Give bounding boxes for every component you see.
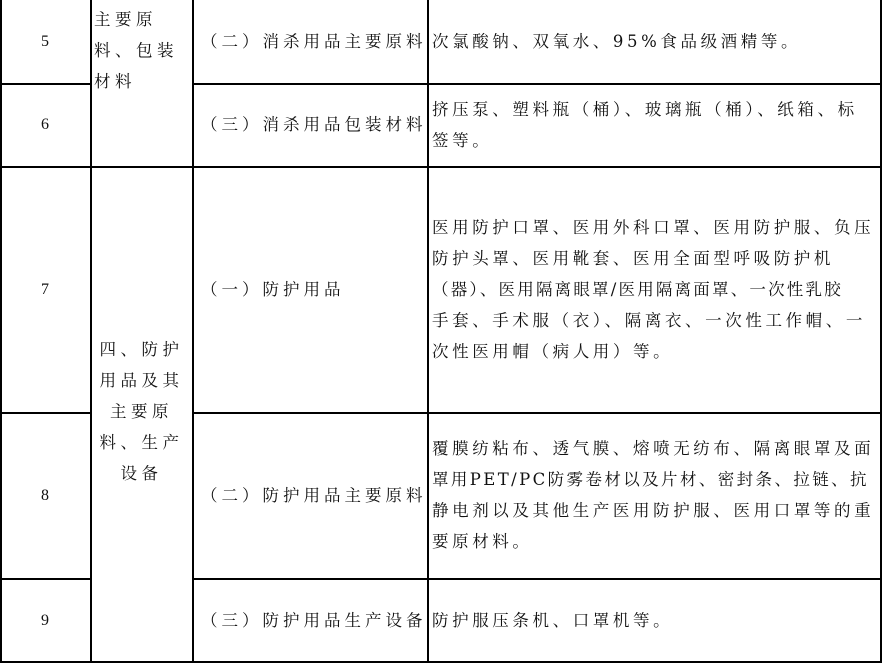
row-number: 7: [0, 166, 90, 412]
subcategory-cell: （三）防护用品生产设备: [192, 578, 427, 662]
description-line: 次性医用帽（病人用）等。: [432, 336, 874, 367]
row-number: 9: [0, 578, 90, 662]
description-cell: 覆膜纺粘布、透气膜、熔喷无纺布、隔离眼罩及面 罩用PET/PC防雾卷材以及片材、…: [427, 412, 881, 578]
description-line: 罩用PET/PC防雾卷材以及片材、密封条、拉链、抗: [432, 464, 874, 495]
category-line: 料、包装: [94, 35, 178, 66]
description-cell: 防护服压条机、口罩机等。: [427, 578, 881, 662]
description-line: 次氯酸钠、双氧水、95%食品级酒精等。: [432, 26, 801, 57]
row-number-text: 5: [41, 26, 49, 57]
row-number: 6: [0, 83, 90, 166]
description-cell: 次氯酸钠、双氧水、95%食品级酒精等。: [427, 0, 881, 83]
row-number-text: 9: [41, 605, 49, 636]
row-number-text: 7: [41, 274, 49, 305]
subcategory-cell: （二）消杀用品主要原料: [192, 0, 427, 83]
category-line: 主要原: [94, 4, 178, 35]
row-number-text: 6: [41, 109, 49, 140]
category-cell-materials-packaging: 主要原 料、包装 材料: [91, 0, 192, 166]
subcategory-text: （三）防护用品生产设备: [201, 605, 427, 636]
description-line: 挤压泵、塑料瓶（桶）、玻璃瓶（桶）、纸箱、标: [432, 94, 858, 125]
row-number-text: 8: [41, 480, 49, 511]
category-line: 主要原: [100, 396, 184, 427]
product-list-table: 5 （二）消杀用品主要原料 次氯酸钠、双氧水、95%食品级酒精等。 6 （三）消…: [0, 0, 882, 663]
description-line: 静电剂以及其他生产医用防护服、医用口罩等的重: [432, 495, 874, 526]
subcategory-text: （二）消杀用品主要原料: [201, 26, 427, 57]
description-line: 防护服压条机、口罩机等。: [432, 605, 673, 636]
description-line: 要原材料。: [432, 526, 874, 557]
description-line: （器）、医用隔离眼罩/医用隔离面罩、一次性乳胶: [432, 274, 874, 305]
category-line: 四、防护: [100, 334, 184, 365]
subcategory-cell: （三）消杀用品包装材料: [192, 83, 427, 166]
subcategory-cell: （一）防护用品: [192, 166, 427, 412]
subcategory-text: （二）防护用品主要原料: [201, 480, 427, 511]
description-cell: 医用防护口罩、医用外科口罩、医用防护服、负压 防护头罩、医用靴套、医用全面型呼吸…: [427, 166, 881, 412]
category-line: 用品及其: [100, 365, 184, 396]
description-cell: 挤压泵、塑料瓶（桶）、玻璃瓶（桶）、纸箱、标 签等。: [427, 83, 881, 166]
category-line: 材料: [94, 66, 178, 97]
subcategory-text: （一）防护用品: [201, 274, 345, 305]
description-line: 覆膜纺粘布、透气膜、熔喷无纺布、隔离眼罩及面: [432, 433, 874, 464]
row-number: 8: [0, 412, 90, 578]
description-line: 医用防护口罩、医用外科口罩、医用防护服、负压: [432, 212, 874, 243]
row-number: 5: [0, 0, 90, 83]
category-cell-protective-equipment: 四、防护 用品及其 主要原 料、生产 设备: [91, 166, 192, 662]
subcategory-text: （三）消杀用品包装材料: [201, 109, 427, 140]
category-line: 料、生产: [100, 427, 184, 458]
description-line: 手套、手术服（衣）、隔离衣、一次性工作帽、一: [432, 305, 874, 336]
description-line: 防护头罩、医用靴套、医用全面型呼吸防护机: [432, 243, 874, 274]
category-line: 设备: [100, 458, 184, 489]
subcategory-cell: （二）防护用品主要原料: [192, 412, 427, 578]
description-line: 签等。: [432, 125, 858, 156]
